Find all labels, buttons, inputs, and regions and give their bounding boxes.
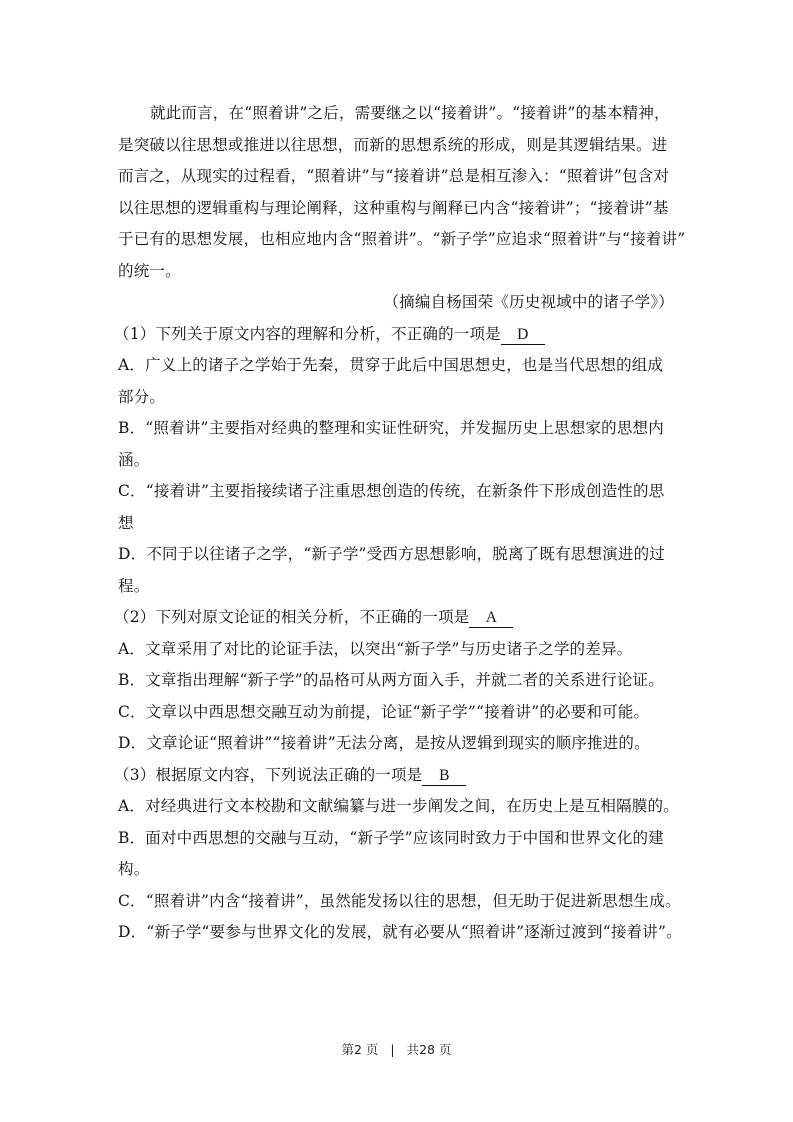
option-line: 想: [118, 508, 678, 540]
option-line: B．“照着讲”主要指对经典的整理和实证性研究，并发掘历史上思想家的思想内: [118, 413, 678, 445]
page-footer: 第2 页 | 共28 页: [0, 1040, 793, 1058]
option-line: A．广义上的诸子之学始于先秦，贯穿于此后中国思想史，也是当代思想的组成: [118, 350, 678, 382]
option-line: 构。: [118, 854, 678, 886]
option-line: D．文章论证“照着讲”“接着讲”无法分离，是按从逻辑到现实的顺序推进的。: [118, 728, 678, 760]
passage-line: 的统一。: [118, 256, 678, 288]
page-separator: |: [390, 1042, 394, 1057]
question-stem-text: （2）下列对原文论证的相关分析，不正确的一项是: [114, 608, 469, 626]
passage-source: （摘编自杨国荣《历史视域中的诸子学》）: [118, 287, 678, 319]
option-line: C．“接着讲”主要指接续诸子注重思想创造的传统，在新条件下形成创造性的思: [118, 476, 678, 508]
option-line: 涵。: [118, 445, 678, 477]
option-line: D．不同于以往诸子之学，“新子学”受西方思想影响，脱离了既有思想演进的过: [118, 539, 678, 571]
answer-blank: A: [469, 609, 513, 628]
question-3-stem: （3）根据原文内容，下列说法正确的一项是B: [114, 760, 678, 792]
option-line: 程。: [118, 571, 678, 603]
document-page: 就此而言，在“照着讲”之后，需要继之以“接着讲”。“接着讲”的基本精神， 是突破…: [118, 98, 678, 949]
option-line: D．“新子学“要参与世界文化的发展，就有必要从“照着讲”逐渐过渡到“接着讲”。: [118, 917, 678, 949]
page-current: 第2 页: [341, 1042, 378, 1057]
option-line: A．对经典进行文本校勘和文献编纂与进一步阐发之间，在历史上是互相隔膜的。: [118, 791, 678, 823]
passage-line: 而言之，从现实的过程看，“照着讲”与“接着讲”总是相互渗入：“照着讲”包含对: [118, 161, 678, 193]
option-line: B．面对中西思想的交融与互动，“新子学”应该同时致力于中国和世界文化的建: [118, 823, 678, 855]
option-line: B．文章指出理解“新子学”的品格可从两方面入手，并就二者的关系进行论证。: [118, 665, 678, 697]
passage-line: 以往思想的逻辑重构与理论阐释，这种重构与阐释已内含“接着讲”；“接着讲”基: [118, 193, 678, 225]
question-stem-text: （1）下列关于原文内容的理解和分析，不正确的一项是: [114, 325, 501, 343]
option-line: C．“照着讲”内含“接着讲”，虽然能发扬以往的思想，但无助于促进新思想生成。: [118, 886, 678, 918]
page-total: 共28 页: [407, 1042, 452, 1057]
option-line: A．文章采用了对比的论证手法，以突出“新子学”与历史诸子之学的差异。: [118, 634, 678, 666]
option-line: C．文章以中西思想交融互动为前提，论证“新子学”“接着讲”的必要和可能。: [118, 697, 678, 729]
question-2-stem: （2）下列对原文论证的相关分析，不正确的一项是A: [114, 602, 678, 634]
answer-blank: B: [422, 767, 466, 786]
answer-blank: D: [501, 326, 545, 345]
question-stem-text: （3）根据原文内容，下列说法正确的一项是: [114, 766, 422, 784]
passage-line: 是突破以往思想或推进以往思想，而新的思想系统的形成，则是其逻辑结果。进: [118, 130, 678, 162]
passage-line: 于已有的思想发展，也相应地内含“照着讲”。“新子学”应追求“照着讲”与“接着讲”: [118, 224, 678, 256]
question-1-stem: （1）下列关于原文内容的理解和分析，不正确的一项是D: [114, 319, 678, 351]
option-line: 部分。: [118, 382, 678, 414]
passage-line: 就此而言，在“照着讲”之后，需要继之以“接着讲”。“接着讲”的基本精神，: [118, 98, 678, 130]
